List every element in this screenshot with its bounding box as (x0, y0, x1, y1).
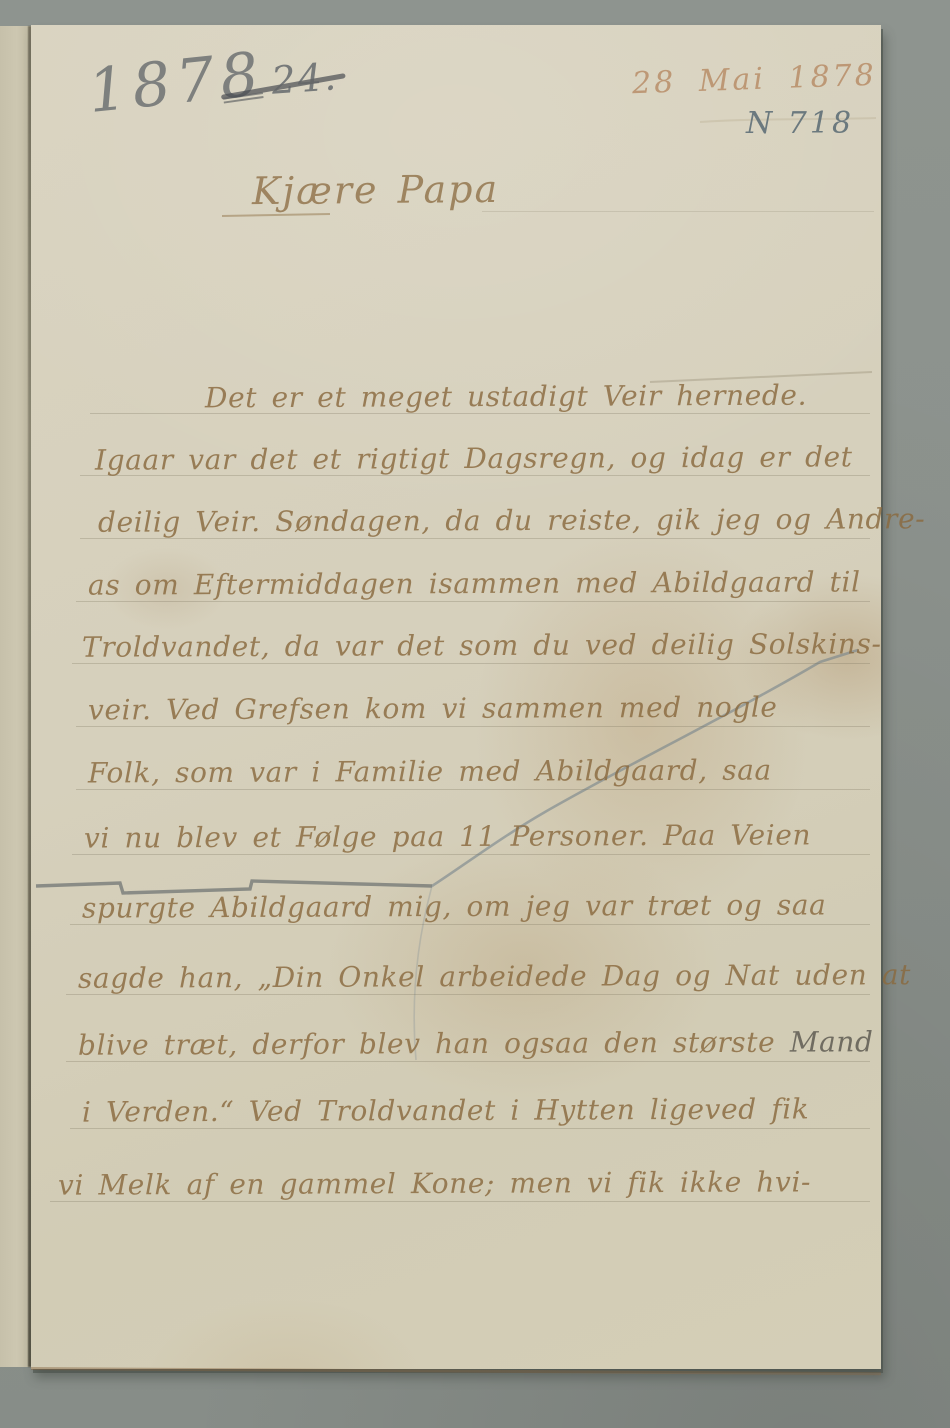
adjacent-page-edge (0, 26, 31, 1367)
letter-line: Igaar var det et rigtigt Dagsregn, og id… (95, 440, 853, 476)
ruled-line (482, 211, 874, 212)
letter-line: vi Melk af en gammel Kone; men vi fik ik… (58, 1165, 811, 1201)
letter-line: spurgte Abildgaard mig, om jeg var træt … (82, 888, 827, 924)
letter-line-text: blive træt, derfor blev han ogsaa den st… (78, 1026, 775, 1062)
letter-line: vi nu blev et Følge paa 11 Personer. Paa… (84, 818, 811, 854)
letter-line: deilig Veir. Søndagen, da du reiste, gik… (98, 502, 925, 539)
letter-line: veir. Ved Grefsen kom vi sammen med nogl… (88, 690, 778, 726)
ruled-line (72, 854, 870, 855)
scanned-letter-page: 1878 24. 28 Mai 1878 N 718 Kjære Papa De… (0, 0, 950, 1428)
letter-line: Folk, som var i Familie med Abildgaard, … (88, 754, 772, 790)
ruled-line (70, 1128, 870, 1129)
ruled-line (76, 789, 870, 790)
archive-number: N 718 (746, 106, 854, 141)
letter-line: Troldvandet, da var det som du ved deili… (82, 627, 882, 663)
ruled-line (76, 726, 870, 727)
letter-line: Det er et meget ustadigt Veir hernede. (205, 379, 807, 415)
letter-line: sagde han, „Din Onkel arbeidede Dag og N… (78, 958, 911, 995)
letter-line: i Verden.“ Ved Troldvandet i Hytten lige… (82, 1092, 809, 1128)
letter-line: blive træt, derfor blev han ogsaa den st… (78, 1025, 874, 1061)
dark-pencil-word: Mand (790, 1025, 874, 1058)
crossed-out-annotation: 24. (226, 54, 339, 110)
salutation: Kjære Papa (252, 167, 499, 213)
letter-line: as om Eftermiddagen isammen med Abildgaa… (88, 565, 861, 601)
